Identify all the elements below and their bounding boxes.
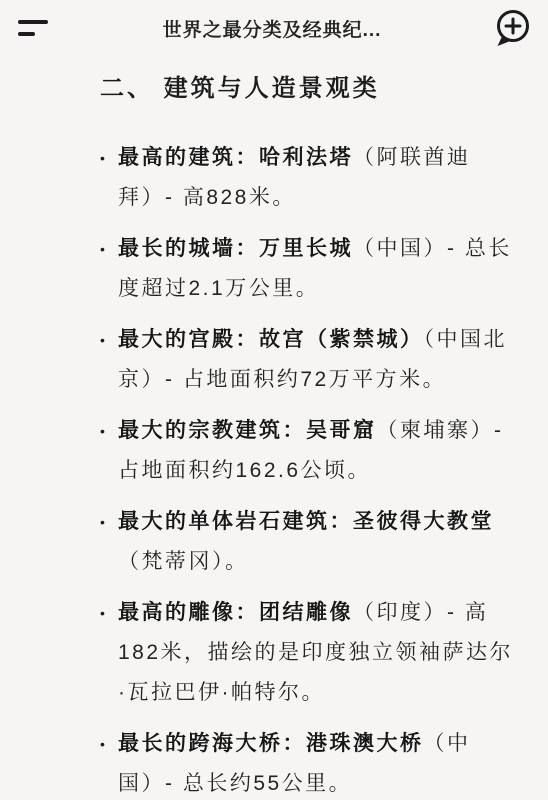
bullet-icon: • [100, 593, 118, 713]
list-item: • 最高的雕像：团结雕像（印度）- 高182米，描绘的是印度独立领袖萨达尔·瓦拉… [100, 593, 522, 713]
page-title: 世界之最分类及经典纪... [54, 15, 490, 42]
new-chat-button[interactable] [490, 6, 534, 50]
list-item: • 最大的宗教建筑：吴哥窟（柬埔寨）- 占地面积约162.6公顷。 [100, 411, 522, 491]
list-item: • 最高的建筑：哈利法塔（阿联酋迪拜）- 高828米。 [100, 138, 522, 218]
bullet-icon: • [100, 724, 118, 800]
bullet-icon: • [100, 229, 118, 309]
item-term: 最长的城墙：万里长城 [118, 237, 353, 260]
menu-bar-bottom [18, 32, 35, 36]
list-item: • 最长的跨海大桥：港珠澳大桥（中国）- 总长约55公里。 [100, 724, 522, 800]
item-term: 最大的宫殿：故宫（紫禁城） [118, 328, 424, 351]
item-term: 最长的跨海大桥：港珠澳大桥 [118, 732, 424, 755]
list-item: • 最大的单体岩石建筑：圣彼得大教堂（梵蒂冈）。 [100, 502, 522, 582]
section-heading: 二、 建筑与人造景观类 [100, 72, 522, 106]
list-item: • 最大的宫殿：故宫（紫禁城）（中国北京）- 占地面积约72万平方米。 [100, 320, 522, 400]
bullet-icon: • [100, 320, 118, 400]
chat-bubble-plus-icon [491, 6, 533, 50]
list-item: • 最长的城墙：万里长城（中国）- 总长度超过2.1万公里。 [100, 229, 522, 309]
bullet-icon: • [100, 411, 118, 491]
menu-lines-icon [18, 20, 48, 36]
header: 世界之最分类及经典纪... [0, 0, 548, 56]
menu-bar-top [18, 20, 48, 24]
item-detail: （梵蒂冈）。 [118, 550, 249, 573]
item-term: 最高的建筑：哈利法塔 [118, 146, 353, 169]
fact-list: • 最高的建筑：哈利法塔（阿联酋迪拜）- 高828米。 • 最长的城墙：万里长城… [100, 138, 522, 800]
bullet-icon: • [100, 502, 118, 582]
item-term: 最大的单体岩石建筑：圣彼得大教堂 [118, 510, 494, 533]
item-term: 最大的宗教建筑：吴哥窟 [118, 419, 377, 442]
content: 二、 建筑与人造景观类 • 最高的建筑：哈利法塔（阿联酋迪拜）- 高828米。 … [0, 56, 548, 800]
bullet-icon: • [100, 138, 118, 218]
menu-button[interactable] [14, 8, 54, 48]
item-term: 最高的雕像：团结雕像 [118, 601, 353, 624]
